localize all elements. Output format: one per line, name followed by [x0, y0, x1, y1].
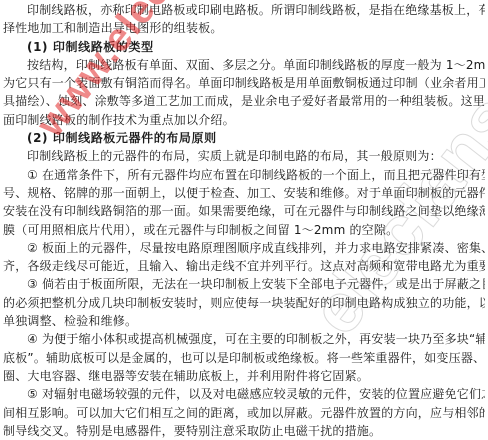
list-item-2-line: ② 板面上的元器件，尽量按电路原理图顺序成直线排列，并力求电路安排紧凑、密集、整 [3, 239, 485, 257]
list-item-4-line: 圈、大电容器、继电器等安装在辅助底板上，并利用附件将它固紧。 [3, 367, 485, 385]
paragraph-line: 印制线路板，亦称印制电路板或印刷电路板。所谓印制线路板，是指在绝缘基板上，有选 [3, 1, 485, 19]
paragraph-line: 择性地加工和制造出导电图形的组装板。 [3, 19, 485, 37]
document-page: 印制线路板，亦称印制电路板或印刷电路板。所谓印制线路板，是指在绝缘基板上，有选 … [3, 1, 485, 440]
list-item-4-line: ④ 为便于缩小体积或提高机械强度，可在主要的印制板之外，再安装一块乃至多块“辅助 [3, 330, 485, 348]
list-item-4-line: 底板”。辅助底板可以是金属的，也可以是印制板或绝缘板。将一些笨重器件，如变压器、… [3, 349, 485, 367]
list-item-3-line: 的必须把整机分成几块印制板安装时，则应使每一块装配好的印制电路构成独立的功能，以… [3, 294, 485, 312]
paragraph-line: 按结构，印制线路板有单面、双面、多层之分。单面印制线路板的厚度一般为 1～2mm… [3, 56, 485, 74]
section-heading-layout-principles: (2) 印制线路板元器件的布局原则 [3, 129, 485, 147]
list-item-5-line: 制导线交叉。特别是电感器件，要特别注意采取防止电磁干扰的措施。 [3, 422, 485, 440]
list-item-3-line: ③ 倘若由于板面所限，无法在一块印制板上安装下全部电子元器件，或是出于屏蔽之目 [3, 275, 485, 293]
paragraph-line: 为它只有一个表面敷有铜箔而得名。单面印制线路板是用单面敷铜板通过印制（业余者用工 [3, 74, 485, 92]
list-item-1-line: ① 在通常条件下，所有元器件均应布置在印制线路板的一个面上，而且把元器件印有型 [3, 166, 485, 184]
list-item-1-line: 号、规格、铭牌的那一面朝上，以便于检查、加工、安装和维修。对于单面印制板的元器件… [3, 184, 485, 202]
paragraph-line: 具描绘）、蚀刻、涂敷等多道工艺加工而成，是业余电子爱好者最常用的一种组装板。这里… [3, 92, 485, 110]
paragraph-line: 印制线路板上的元器件的布局，实质上就是印制电路的布局，其一般原则为： [3, 147, 485, 165]
list-item-5-line: 间相互影响。可以加大它们相互之间的距离，或加以屏蔽。元器件放置的方向，应与相邻的… [3, 404, 485, 422]
section-heading-types: (1) 印制线路板的类型 [3, 38, 485, 56]
list-item-5-line: ⑤ 对辐射电磁场较强的元件，以及对电磁感应较灵敏的元件，安装的位置应避免它们之 [3, 385, 485, 403]
list-item-3-line: 单独调整、检验和维修。 [3, 312, 485, 330]
list-item-1-line: 安装在没有印制线路铜箔的那一面。如果需要绝缘，可在元器件与印制线路之间垫以绝缘薄 [3, 202, 485, 220]
list-item-2-line: 齐，各级走线尽可能近，且输入、输出走线不宜并列平行。这点对高频和宽带电路尤为重要… [3, 257, 485, 275]
paragraph-line: 面印制线路板的制作技术为重点加以介绍。 [3, 111, 485, 129]
list-item-1-line: 膜（可用照相底片代用），或在元器件与印制板之间留 1～2mm 的空隙。 [3, 221, 485, 239]
